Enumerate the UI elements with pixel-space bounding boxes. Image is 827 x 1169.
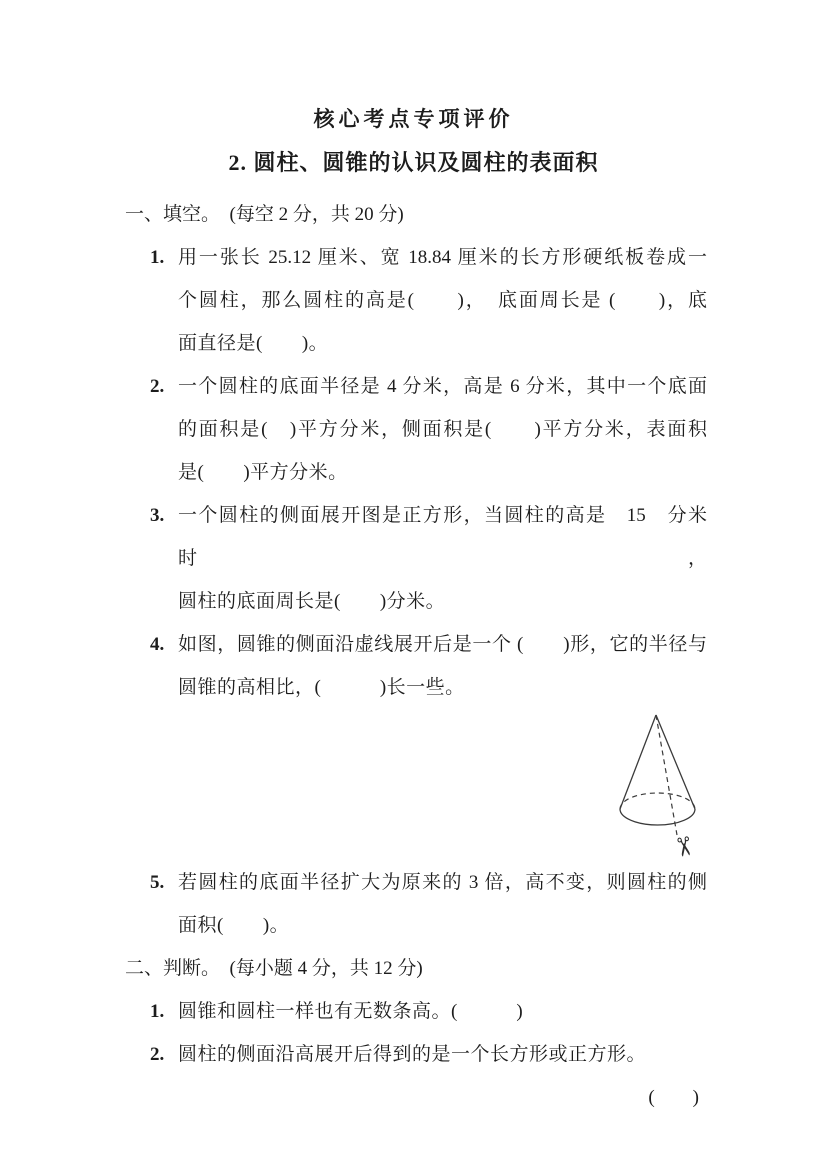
- question-1-number: 1.: [150, 236, 164, 279]
- doc-title: 核心考点专项评价: [0, 0, 827, 134]
- question-2-line-3: 是( )平方分米。: [178, 451, 707, 494]
- cone-figure: ✂: [603, 709, 728, 861]
- cone-cut-line: [656, 715, 677, 835]
- judge-question-1-line-1: 圆锥和圆柱一样也有无数条高。( ): [178, 990, 707, 1033]
- question-2: 2. 一个圆柱的底面半径是 4 分米，高是 6 分米，其中一个底面 的面积是( …: [125, 365, 707, 494]
- judge-question-2-number: 2.: [150, 1033, 164, 1076]
- judge-question-2: 2. 圆柱的侧面沿高展开后得到的是一个长方形或正方形。: [125, 1033, 707, 1076]
- cone-right-edge: [656, 715, 695, 809]
- judge-question-2-line-1: 圆柱的侧面沿高展开后得到的是一个长方形或正方形。: [178, 1033, 707, 1076]
- doc-subtitle: 2. 圆柱、圆锥的认识及圆柱的表面积: [0, 148, 827, 177]
- cone-figure-row: ✂: [125, 709, 707, 861]
- question-2-line-1: 一个圆柱的底面半径是 4 分米，高是 6 分米，其中一个底面: [178, 365, 707, 408]
- judge-question-1-number: 1.: [150, 990, 164, 1033]
- question-4: 4. 如图，圆锥的侧面沿虚线展开后是一个 ( )形，它的半径与 圆锥的高相比，(…: [125, 623, 707, 709]
- question-5: 5. 若圆柱的底面半径扩大为原来的 3 倍，高不变，则圆柱的侧 面积( )。: [125, 861, 707, 947]
- judge-question-1: 1. 圆锥和圆柱一样也有无数条高。( ): [125, 990, 707, 1033]
- worksheet-page: 核心考点专项评价 2. 圆柱、圆锥的认识及圆柱的表面积 一、填空。 (每空 2 …: [0, 0, 827, 1169]
- question-4-line-2: 圆锥的高相比，( )长一些。: [178, 666, 707, 709]
- scissors-icon: ✂: [666, 834, 699, 861]
- question-2-line-2: 的面积是( )平方分米，侧面积是( )平方分米，表面积: [178, 408, 707, 451]
- question-3-number: 3.: [150, 494, 164, 537]
- question-5-number: 5.: [150, 861, 164, 904]
- question-2-number: 2.: [150, 365, 164, 408]
- question-1-line-1: 用一张长 25.12 厘米、宽 18.84 厘米的长方形硬纸板卷成一: [178, 236, 707, 279]
- worksheet-content: 一、填空。 (每空 2 分，共 20 分) 1. 用一张长 25.12 厘米、宽…: [125, 193, 707, 1119]
- judge-question-2-answer-bracket: ( ): [125, 1076, 707, 1119]
- question-3: 3. 一个圆柱的侧面展开图是正方形，当圆柱的高是 15 分米时， 圆柱的底面周长…: [125, 494, 707, 623]
- question-1-line-3: 面直径是( )。: [178, 322, 707, 365]
- question-5-line-2: 面积( )。: [178, 904, 707, 947]
- question-4-number: 4.: [150, 623, 164, 666]
- cone-base-back: [620, 793, 695, 809]
- question-5-line-1: 若圆柱的底面半径扩大为原来的 3 倍，高不变，则圆柱的侧: [178, 861, 707, 904]
- cone-base-front: [620, 809, 695, 825]
- section-1-heading: 一、填空。 (每空 2 分，共 20 分): [125, 193, 707, 236]
- question-3-line-1: 一个圆柱的侧面展开图是正方形，当圆柱的高是 15 分米时，: [178, 494, 707, 580]
- question-1-line-2: 个圆柱，那么圆柱的高是( )， 底面周长是 ( )，底: [178, 279, 707, 322]
- question-3-line-2: 圆柱的底面周长是( )分米。: [178, 580, 707, 623]
- question-1: 1. 用一张长 25.12 厘米、宽 18.84 厘米的长方形硬纸板卷成一 个圆…: [125, 236, 707, 365]
- question-4-line-1: 如图，圆锥的侧面沿虚线展开后是一个 ( )形，它的半径与: [178, 623, 707, 666]
- section-2-heading: 二、判断。 (每小题 4 分，共 12 分): [125, 947, 707, 990]
- cone-left-edge: [620, 715, 656, 809]
